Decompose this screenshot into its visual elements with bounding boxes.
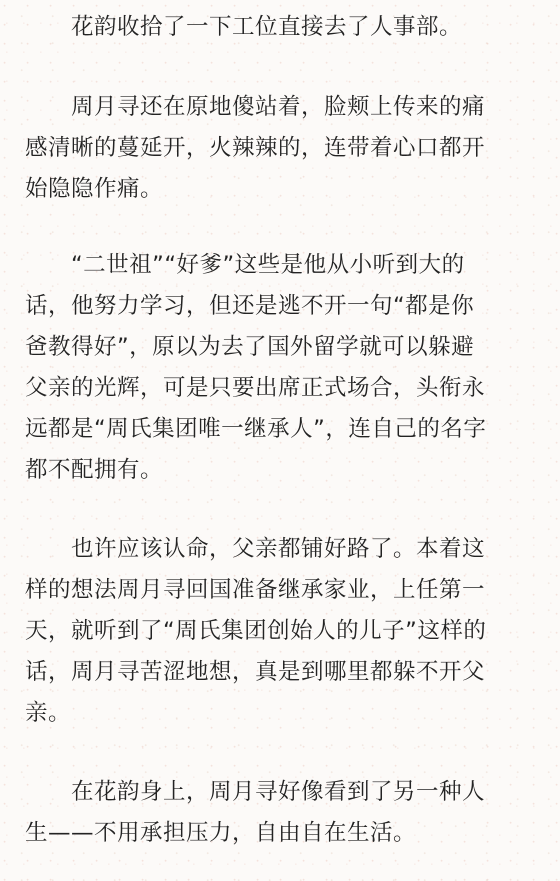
paragraph-5: 在花韵身上，周月寻好像看到了另一种人生——不用承担压力，自由自在生活。: [25, 772, 495, 854]
paragraph-1: 花韵收拾了一下工位直接去了人事部。: [25, 7, 495, 48]
paragraph-4: 也许应该认命，父亲都铺好路了。本着这样的想法周月寻回国准备继承家业，上任第一天，…: [25, 529, 495, 734]
reading-page: 花韵收拾了一下工位直接去了人事部。 周月寻还在原地傻站着，脸颊上传来的痛感清晰的…: [0, 0, 560, 881]
paragraph-3: “二世祖”“好爹”这些是他从小听到大的话，他努力学习，但还是逃不开一句“都是你爸…: [25, 245, 495, 491]
paragraph-2: 周月寻还在原地傻站着，脸颊上传来的痛感清晰的蔓延开，火辣辣的，连带着心口都开始隐…: [25, 87, 495, 210]
